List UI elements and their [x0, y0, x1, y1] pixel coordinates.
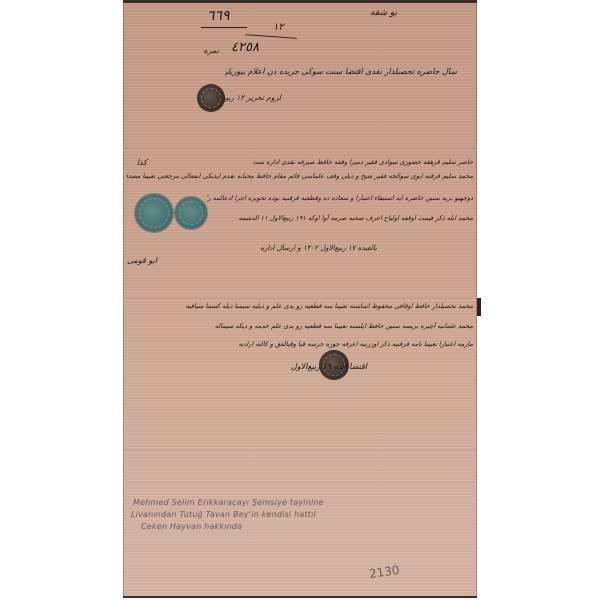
- section3-line3: مازمه اعتبارا تعیینا نامه قرقنیه ذکر اوز…: [123, 340, 473, 348]
- register-underline: [201, 27, 247, 28]
- seal-middle-blue-left: [135, 194, 173, 232]
- pencil-note-line1: Mehmed Selim Erikkaraçayı Şemsiye tayini…: [133, 498, 324, 507]
- fold-line: [123, 450, 477, 452]
- section2-line1: کذا: [137, 158, 147, 167]
- right-edge-tab: [477, 298, 481, 316]
- section3-line4: اقتضا ایده ١٩ ربیع‌الاول: [291, 362, 367, 371]
- section2-line4: دوجهیو بریه سنین حاضره ایه استیفاء اعتبا…: [207, 194, 473, 202]
- serial-number: ٤٢٥٨: [231, 40, 259, 55]
- pencil-note-line3: Ceken Hayvan hakkında: [141, 522, 242, 531]
- section3-line1: محمد تحصیلدار حافظ اوقافی محفوظ اساسنه ت…: [123, 302, 473, 310]
- section3-line2: محمد عثمانیه آچیره بریسه سنین حافظ ایلسن…: [123, 322, 473, 330]
- section2-line6: بالفیده ١٧ ربیع‌الاول ١٣٠٢ و ارسال اداره: [260, 244, 377, 252]
- catalog-number: 2130: [368, 563, 400, 581]
- top-edge: [123, 0, 477, 3]
- fold-line: [123, 298, 477, 300]
- pencil-note-line2: Livanından Tutuğ Tavan Bey'in kendisi ha…: [131, 510, 316, 519]
- section2-margin-note: ایو قومی: [127, 256, 157, 265]
- section2-line3: محمد سلیم فرقنه ایوی سوالجه فقیر شیخ و د…: [127, 172, 473, 180]
- section2-line2: حاضر سلیم قرهقه حضوری سوادی فقیر دمیرا و…: [253, 158, 473, 166]
- section2-line5: محمد ایله ذکر قیمت اوقفه اولیاج اعرف صحب…: [207, 214, 473, 222]
- register-number: ٦٦٩: [207, 8, 230, 24]
- top-right-note: بو شقه: [370, 8, 397, 18]
- fraction-line: [245, 34, 297, 39]
- seal-top-black: [197, 84, 225, 112]
- section1-line1: سال حاضره تحصیلدار نقدی اقتضا سنت سوکی ج…: [225, 67, 457, 76]
- document-paper: بو شقه ٦٦٩ ١٢ ٤٢٥٨ نمره سال حاضره تحصیلد…: [123, 0, 477, 598]
- fold-line: [123, 148, 477, 150]
- fold-line: [123, 482, 477, 484]
- fraction-number: ١٢: [273, 22, 284, 33]
- bottom-edge: [123, 596, 477, 598]
- seal-middle-blue-right: [175, 197, 207, 229]
- serial-word: نمره: [204, 46, 219, 55]
